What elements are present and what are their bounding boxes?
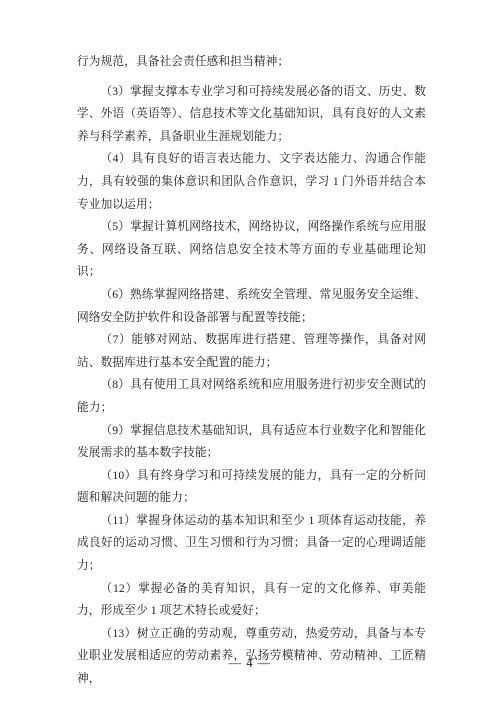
paragraph: （10）具有终身学习和可持续发展的能力，具有一定的分析问题和解决问题的能力；	[77, 465, 426, 510]
paragraph: （5）掌握计算机网络技术，网络协议，网络操作系统与应用服务、网络设备互联、网络信…	[77, 216, 426, 284]
paragraph: （9）掌握信息技术基础知识，具有适应本行业数字化和智能化发展需求的基本数字技能；	[77, 420, 426, 465]
paragraph: （6）熟练掌握网络搭建、系统安全管理、常见服务安全运维、网络安全防护软件和设备部…	[77, 284, 426, 329]
paragraph: （12）掌握必备的美育知识，具有一定的文化修养、审美能力，形成至少 1 项艺术特…	[77, 578, 426, 623]
document-body: 行为规范，具备社会责任感和担当精神；（3）掌握支撑本专业学习和可持续发展必备的语…	[77, 51, 426, 691]
document-page: 行为规范，具备社会责任感和担当精神；（3）掌握支撑本专业学习和可持续发展必备的语…	[0, 0, 500, 707]
page-number: — 4 —	[229, 656, 272, 670]
paragraph: （11）掌握身体运动的基本知识和至少 1 项体育运动技能，养成良好的运动习惯、卫…	[77, 510, 426, 578]
paragraph: （8）具有使用工具对网络系统和应用服务进行初步安全测试的能力；	[77, 374, 426, 419]
paragraph: 行为规范，具备社会责任感和担当精神；	[77, 51, 426, 74]
paragraph: （3）掌握支撑本专业学习和可持续发展必备的语文、历史、数学、外语（英语等）、信息…	[77, 81, 426, 149]
paragraph: （4）具有良好的语言表达能力、文字表达能力、沟通合作能力，具有较强的集体意识和团…	[77, 148, 426, 216]
paragraph: （7）能够对网站、数据库进行搭建、管理等操作，具备对网站、数据库进行基本安全配置…	[77, 329, 426, 374]
page-footer: — 4 —	[0, 654, 500, 672]
